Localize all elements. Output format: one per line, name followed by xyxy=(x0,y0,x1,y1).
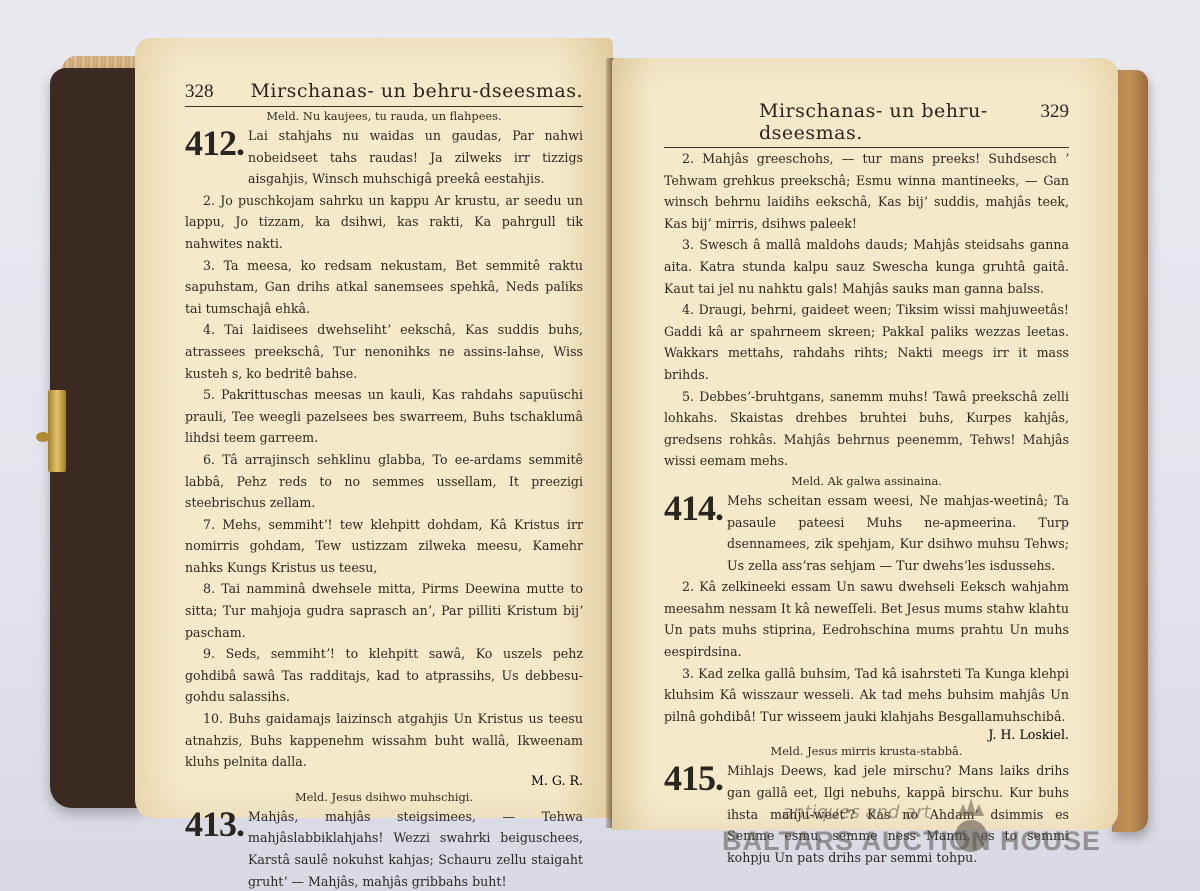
verse: 4. Draugi, behrni, gaideet ween; Tiksim … xyxy=(664,299,1069,385)
hymn-415: Meld. Jesus mirris krusta-stabbâ. 415. M… xyxy=(664,742,1069,868)
melody-line: Meld. Jesus dsihwo muhschigi. xyxy=(185,788,583,806)
author-attribution: M. G. R. xyxy=(185,773,583,788)
running-head-right: Mirschanas- un behru-dseesmas. 329 xyxy=(664,100,1069,148)
hymn-413-continued: 2. Mahjâs greeschohs, — tur mans preeks!… xyxy=(664,148,1069,472)
verse: 9. Seds, semmihtʼ! to klehpitt sawâ, Ko … xyxy=(185,643,583,708)
page-number: 328 xyxy=(185,81,214,103)
verse: 2. Jo puschkojam sahrku un kappu Ar krus… xyxy=(185,190,583,255)
first-verse: Mahjâs, mahjâs steigsimees, — Tehwa mahj… xyxy=(248,806,583,891)
running-head-left: 328 Mirschanas- un behru-dseesmas. xyxy=(185,80,583,107)
hymn-412: Meld. Nu kaujees, tu rauda, un flahpees.… xyxy=(185,107,583,788)
verse: 7. Mehs, semmihtʼ! tew klehpitt dohdam, … xyxy=(185,514,583,579)
verse: 5. Debbesʼ-bruhtgans, sanemm muhs! Tawâ … xyxy=(664,386,1069,472)
verse: 5. Pakrittuschas meesas un kauli, Kas ra… xyxy=(185,384,583,449)
author-attribution: J. H. Loskiel. xyxy=(664,727,1069,742)
running-title: Mirschanas- un behru-dseesmas. xyxy=(250,80,583,102)
verse: 10. Buhs gaidamajs laizinsch atgahjis Un… xyxy=(185,708,583,773)
first-verse: Mehs scheitan essam weesi, Ne mahjas-wee… xyxy=(727,490,1069,576)
melody-line: Meld. Ak galwa assinaina. xyxy=(664,472,1069,490)
hymn-414: Meld. Ak galwa assinaina. 414. Mehs sche… xyxy=(664,472,1069,743)
melody-line: Meld. Nu kaujees, tu rauda, un flahpees. xyxy=(185,107,583,125)
clasp-knob-icon xyxy=(36,432,50,442)
verse: 8. Tai namminâ dwehsele mitta, Pirms Dee… xyxy=(185,578,583,643)
verse: 3. Ta meesa, ko redsam nekustam, Bet sem… xyxy=(185,255,583,320)
verse: 3. Swesch â mallâ maldohs dauds; Mahjâs … xyxy=(664,234,1069,299)
melody-line: Meld. Jesus mirris krusta-stabbâ. xyxy=(664,742,1069,760)
hymn-413: Meld. Jesus dsihwo muhschigi. 413. Mahjâ… xyxy=(185,788,583,891)
page-number: 329 xyxy=(1041,101,1070,123)
hymn-number: 412. xyxy=(185,125,244,161)
verse: 3. Kad zelka gallâ buhsim, Tad kâ isahrs… xyxy=(664,663,1069,728)
verse: 4. Tai laidisees dwehselihtʼ eekschâ, Ka… xyxy=(185,319,583,384)
left-page: 328 Mirschanas- un behru-dseesmas. Meld.… xyxy=(135,38,613,818)
verse: 2. Mahjâs greeschohs, — tur mans preeks!… xyxy=(664,148,1069,234)
running-title: Mirschanas- un behru-dseesmas. xyxy=(759,100,1041,144)
hymn-number: 415. xyxy=(664,760,723,796)
hymn-number: 414. xyxy=(664,490,723,526)
verse: 2. Kâ zelkineeki essam Un sawu dwehseli … xyxy=(664,576,1069,662)
verse: 6. Tâ arrajinsch sehklinu glabba, To ee-… xyxy=(185,449,583,514)
brass-clasp-icon xyxy=(48,390,66,472)
right-page: Mirschanas- un behru-dseesmas. 329 2. Ma… xyxy=(612,58,1118,830)
hymn-number: 413. xyxy=(185,806,244,842)
first-verse: Mihlajs Deews, kad jele mirschu? Mans la… xyxy=(727,760,1069,868)
first-verse: Lai stahjahs nu waidas un gaudas, Par na… xyxy=(248,125,583,190)
